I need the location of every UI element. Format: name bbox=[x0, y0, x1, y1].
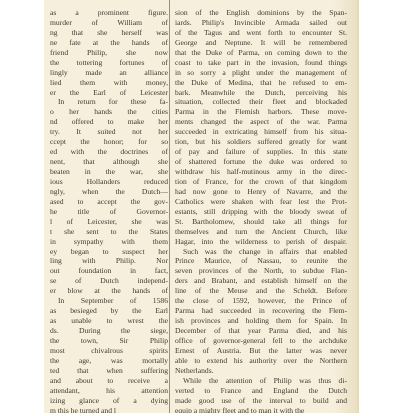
text-line: t she sent to the States bbox=[50, 227, 168, 237]
text-line: of shattered fortune the duke was ordere… bbox=[175, 157, 347, 167]
text-line: of the Tagus and went forth to encounter… bbox=[175, 28, 347, 38]
text-line: of pay and failure of supplies. In this … bbox=[175, 147, 347, 157]
text-line: themselves and turn the Ancient Church, … bbox=[175, 227, 347, 237]
text-line: equip a mighty fleet and to man it with … bbox=[175, 406, 347, 414]
text-line: the tottering fortunes of bbox=[50, 58, 168, 68]
text-line: bark. Meanwhile the Dutch, perceiving hi… bbox=[175, 88, 347, 98]
text-line: iards. Philip's Invincible Armada sailed… bbox=[175, 18, 347, 28]
text-line: friend Philip, she now bbox=[50, 48, 168, 58]
text-line: tion, but his soldiers suffered greatly … bbox=[175, 137, 347, 147]
text-line: as unable to wrest the bbox=[50, 316, 168, 326]
text-line: Catholics were shaken with fear lest the… bbox=[175, 197, 347, 207]
text-line: nd offered to make her bbox=[50, 117, 168, 127]
text-line: izing glance of a dying bbox=[50, 396, 168, 406]
text-line: Netherlands. bbox=[175, 366, 347, 376]
text-line: beaten in the war, she bbox=[50, 167, 168, 177]
text-line: Prince Maurice, of Nassau, to reunite th… bbox=[175, 256, 347, 266]
text-line: er blow at the hands of bbox=[50, 286, 168, 296]
text-line: attendant, his attention bbox=[50, 386, 168, 396]
text-line: the Duke of Medina, that he refused to e… bbox=[175, 78, 347, 88]
text-line: the town, Sir Philip bbox=[50, 336, 168, 346]
text-line: se of Dutch independ- bbox=[50, 276, 168, 286]
text-line: the age, was mortally bbox=[50, 356, 168, 366]
column-divider-rule bbox=[169, 0, 170, 413]
text-line: line of the Meuse and the Scheldt. Befor… bbox=[175, 286, 347, 296]
text-line: situation, collected their fleet and blo… bbox=[175, 97, 347, 107]
text-line: ngly, when the Dutch— bbox=[50, 187, 168, 197]
text-line: St. Bartholomew, should take all things … bbox=[175, 217, 347, 227]
text-line: and about to receive a bbox=[50, 376, 168, 386]
text-line: er the Earl of Leicester bbox=[50, 88, 168, 98]
text-line: l of Leicester, she was bbox=[50, 217, 168, 227]
text-line: ted that when suffering bbox=[50, 366, 168, 376]
text-line: ased to accept the gov- bbox=[50, 197, 168, 207]
text-line: o her hands the cities bbox=[50, 107, 168, 117]
text-line: sion of the English dominions by the Spa… bbox=[175, 8, 347, 18]
screenshot-root: { "page": { "type": "scanned-book-page",… bbox=[0, 0, 416, 416]
text-column-left: as a prominent figure.murder of William … bbox=[50, 8, 168, 413]
text-line: seven provinces of the North, to subdue … bbox=[175, 266, 347, 276]
text-line: ders and Brabant, and establish himself … bbox=[175, 276, 347, 286]
text-line: withdraw his half-mutinous army in the d… bbox=[175, 167, 347, 177]
text-line: lied them with money, bbox=[50, 78, 168, 88]
text-line: ious Hollanders reduced bbox=[50, 177, 168, 187]
text-line: office of governor-general fell to the a… bbox=[175, 336, 347, 346]
text-line: tion of France, for the crown of that ki… bbox=[175, 177, 347, 187]
text-line: ds. During the siege, bbox=[50, 326, 168, 336]
text-line: lingly made an alliance bbox=[50, 68, 168, 78]
text-line: ne fate at the hands of bbox=[50, 38, 168, 48]
text-line: ling with Philip. Nor bbox=[50, 256, 168, 266]
text-line: out foundation in fact, bbox=[50, 266, 168, 276]
text-line: ish provinces and holding them for Spain… bbox=[175, 316, 347, 326]
text-line: nent, that although she bbox=[50, 157, 168, 167]
text-line: ments changed the aspect of the war. Par… bbox=[175, 117, 347, 127]
text-line: ey began to suspect her bbox=[50, 247, 168, 257]
text-line: December of that year Parma died, and hi… bbox=[175, 326, 347, 336]
text-line: coast to take part in the invasion, foun… bbox=[175, 58, 347, 68]
scanned-page: as a prominent figure.murder of William … bbox=[44, 0, 359, 413]
text-line: Such was the change in affairs that enab… bbox=[175, 247, 347, 257]
text-line: George and Neptune. It will be remembere… bbox=[175, 38, 347, 48]
text-line: that the Duke of Parma, on coming down t… bbox=[175, 48, 347, 58]
text-line: murder of William of bbox=[50, 18, 168, 28]
text-line: most chivalrous spirits bbox=[50, 346, 168, 356]
text-line: the close of 1592, however, the Prince o… bbox=[175, 296, 347, 306]
text-line: in sympathy with them bbox=[50, 237, 168, 247]
text-line: ng that she herself was bbox=[50, 28, 168, 38]
text-line: ed with the doctrines of bbox=[50, 147, 168, 157]
text-line: In September of 1586 bbox=[50, 296, 168, 306]
text-line: Parma in the Flemish harbors. These move… bbox=[175, 107, 347, 117]
text-line: had now gone to Henry of Navarre, and th… bbox=[175, 187, 347, 197]
text-line: able to extend his authority over the No… bbox=[175, 356, 347, 366]
text-column-right: sion of the English dominions by the Spa… bbox=[175, 8, 347, 413]
text-line: as besieged by the Earl bbox=[50, 306, 168, 316]
text-line: in so sorry a plight under the managemen… bbox=[175, 68, 347, 78]
text-line: try. It suited not her bbox=[50, 127, 168, 137]
text-line: estants, still dripping with the bloody … bbox=[175, 207, 347, 217]
text-line: Parma had succeeded in recovering the Fl… bbox=[175, 306, 347, 316]
text-line: verted to France and England the Dutch bbox=[175, 386, 347, 396]
text-line: as a prominent figure. bbox=[50, 8, 168, 18]
text-line: While the attention of Philip was thus d… bbox=[175, 376, 347, 386]
text-line: succeeded in extricating himself from hi… bbox=[175, 127, 347, 137]
text-line: he title of Governor- bbox=[50, 207, 168, 217]
text-line: Ernest of Austria. But the latter was ne… bbox=[175, 346, 347, 356]
text-line: Hagar, into the wilderness to perish of … bbox=[175, 237, 347, 247]
text-line: In return for these fa- bbox=[50, 97, 168, 107]
text-line: ccept the honor; for so bbox=[50, 137, 168, 147]
text-line: m this he turned and l bbox=[50, 406, 168, 414]
text-line: made good use of the interval to build a… bbox=[175, 396, 347, 406]
